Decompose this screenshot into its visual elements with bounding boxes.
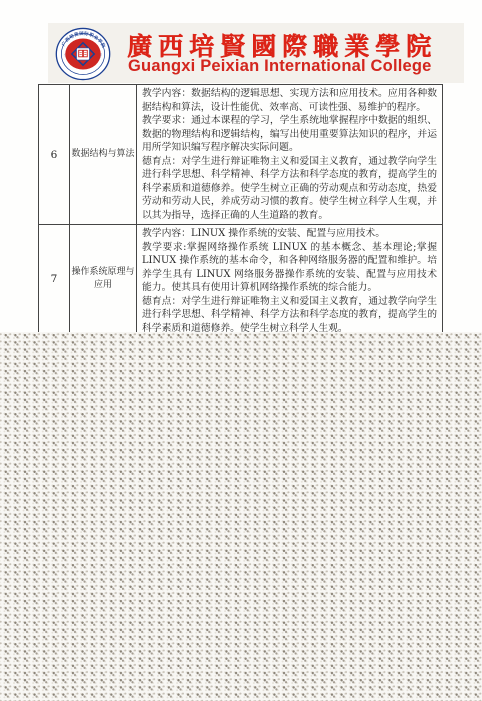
- college-name-english: Guangxi Peixian International College: [128, 57, 466, 76]
- desc-paragraph-moral-education: 德育点：对学生进行辩证唯物主义和爱国主义教育，通过教学向学生进行科学思想、科学精…: [142, 295, 437, 333]
- course-table: 6 数据结构与算法 教学内容：数据结构的逻辑思想、实现方法和应用技术。应用各种数…: [38, 84, 443, 332]
- table-row-course-7: 7 操作系统原理与应用 教学内容：LINUX 操作系统的安装、配置与应用技术。 …: [39, 224, 443, 332]
- paper-area: 广西培贤国际职业学院 GUANGXI PEIXIAN INTERNATIONAL…: [0, 0, 482, 332]
- college-logo-icon: 广西培贤国际职业学院 GUANGXI PEIXIAN INTERNATIONAL…: [53, 26, 113, 82]
- course-description-cell: 教学内容：LINUX 操作系统的安装、配置与应用技术。 教学要求:掌握网络操作系…: [137, 225, 443, 332]
- course-description-cell: 教学内容：数据结构的逻辑思想、实现方法和应用技术。应用各种数据结构和算法，设计性…: [137, 85, 443, 224]
- desc-paragraph-moral-education: 德育点：对学生进行辩证唯物主义和爱国主义教育，通过教学向学生进行科学思想、科学精…: [142, 155, 437, 223]
- course-number-cell: 6: [39, 85, 70, 224]
- desc-paragraph-teaching-requirements: 教学要求:掌握网络操作系统 LINUX 的基本概念、基本理论;掌握 LINUX …: [142, 241, 437, 295]
- course-name-cell: 操作系统原理与应用: [70, 225, 137, 332]
- scanned-document-page: 广西培贤国际职业学院 GUANGXI PEIXIAN INTERNATIONAL…: [0, 0, 482, 701]
- course-number-cell: 7: [39, 225, 70, 332]
- course-name-cell: 数据结构与算法: [70, 85, 137, 224]
- desc-paragraph-teaching-content: 教学内容：数据结构的逻辑思想、实现方法和应用技术。应用各种数据结构和算法，设计性…: [142, 87, 437, 114]
- desc-paragraph-teaching-requirements: 教学要求：通过本课程的学习，学生系统地掌握程序中数据的组织、数据的物理结构和逻辑…: [142, 114, 437, 155]
- table-row-course-6: 6 数据结构与算法 教学内容：数据结构的逻辑思想、实现方法和应用技术。应用各种数…: [39, 85, 443, 224]
- desc-paragraph-teaching-content: 教学内容：LINUX 操作系统的安装、配置与应用技术。: [142, 227, 437, 241]
